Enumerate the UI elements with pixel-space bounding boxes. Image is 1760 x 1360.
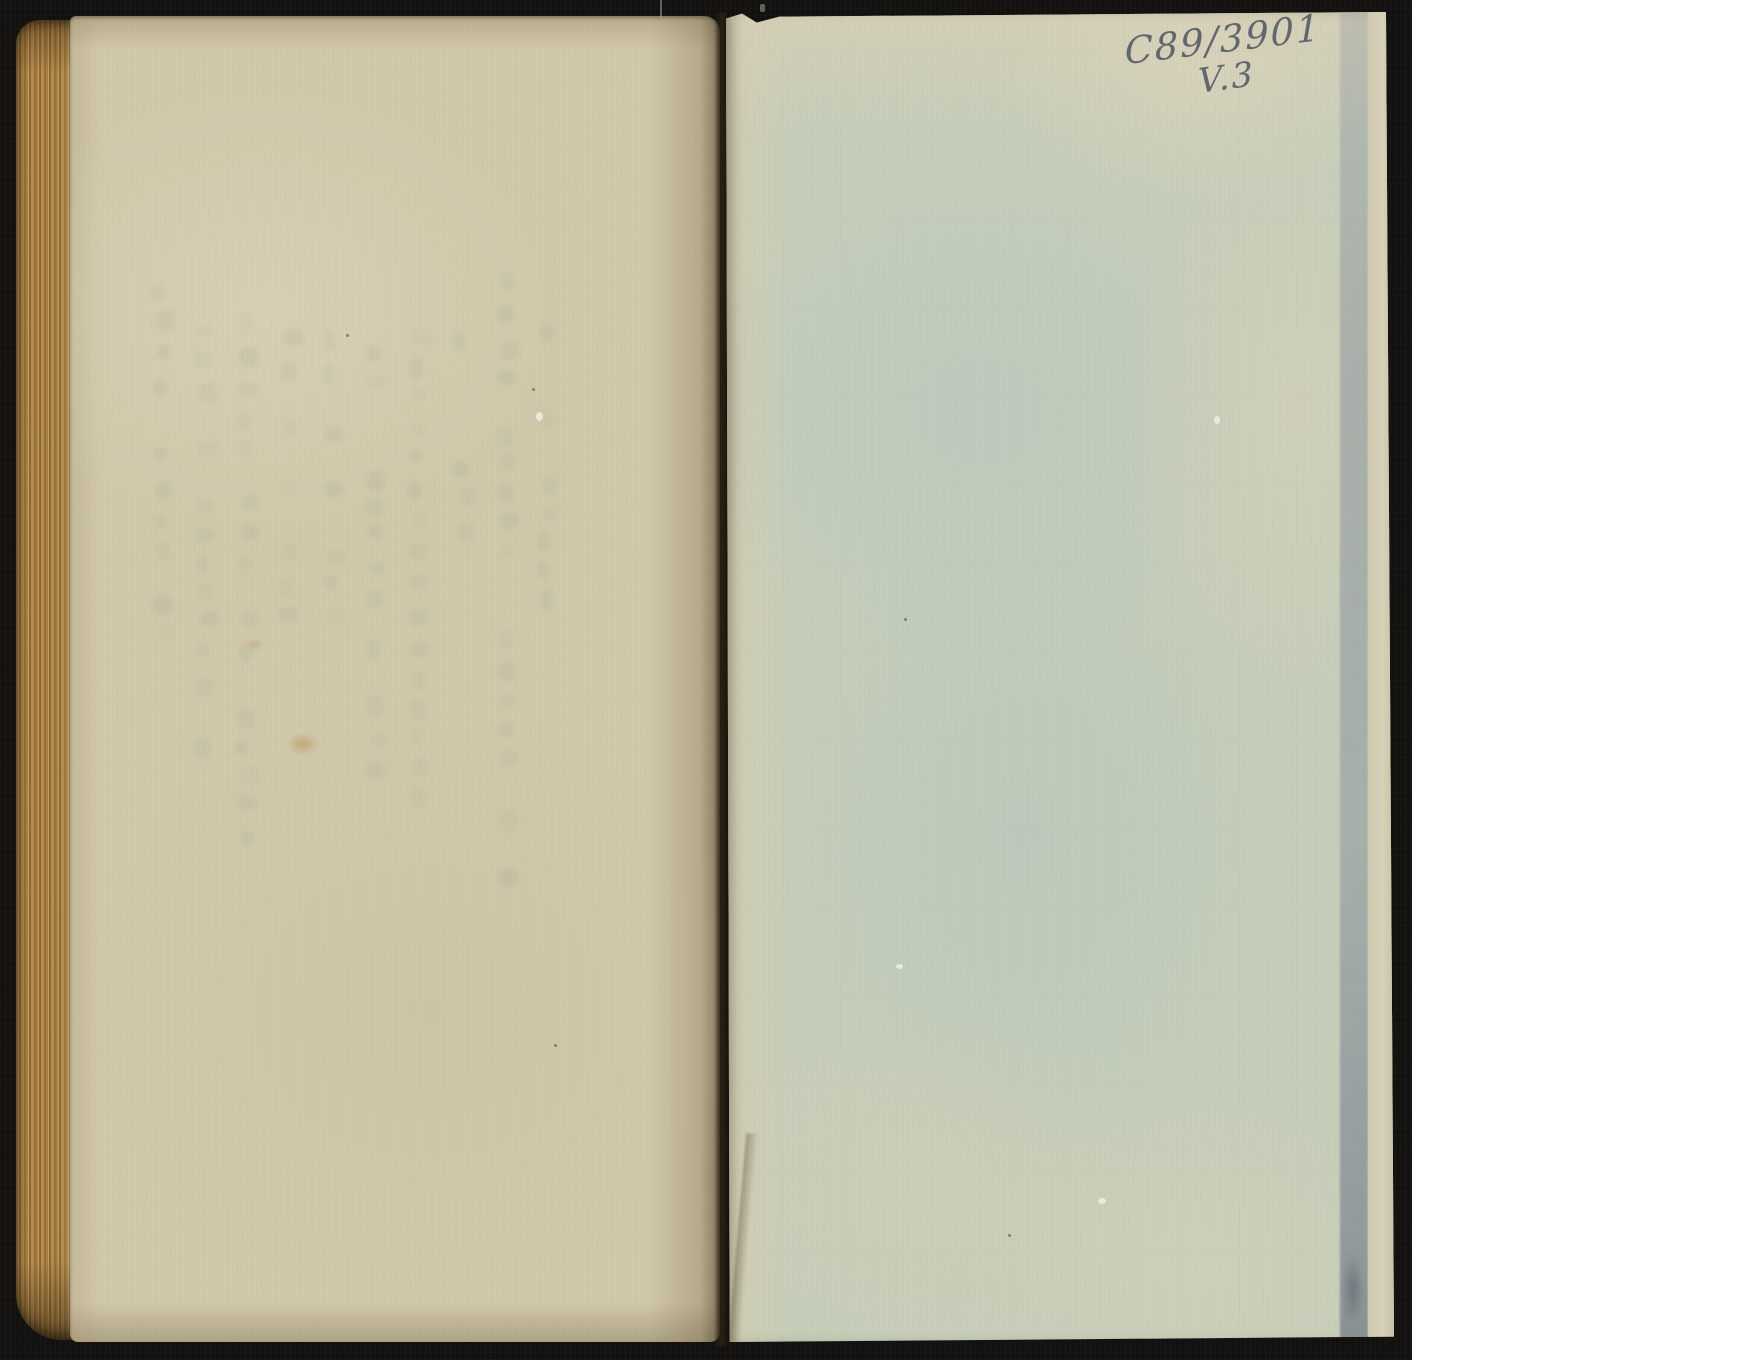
page-stain xyxy=(286,732,320,756)
paper-fleck xyxy=(1098,1198,1106,1204)
paper-fleck xyxy=(896,964,903,969)
paper-fleck xyxy=(536,412,543,421)
left-page xyxy=(70,16,720,1342)
binding-thread-mark xyxy=(660,0,662,18)
book-fore-edge xyxy=(16,20,74,1340)
paper-speck xyxy=(904,618,907,621)
right-page xyxy=(726,12,1394,1342)
edge-shadow-band xyxy=(1340,12,1368,1342)
paper-fiber-texture xyxy=(726,12,1394,1342)
paper-fiber-texture xyxy=(70,16,720,1342)
page-stain xyxy=(246,638,264,651)
scan-white-margin xyxy=(1412,0,1760,1360)
paper-fleck xyxy=(1214,416,1220,424)
paper-speck xyxy=(554,1044,557,1047)
gutter-shadow xyxy=(714,12,728,1346)
binding-thread-mark xyxy=(760,4,765,12)
paper-speck xyxy=(346,334,349,337)
paper-speck xyxy=(1008,1234,1011,1237)
scanned-book-image: C89/3901 V.3 xyxy=(0,0,1760,1360)
photo-backdrop: C89/3901 V.3 xyxy=(0,0,1412,1360)
paper-speck xyxy=(532,388,535,391)
edge-shadow-smudge xyxy=(1342,1254,1364,1324)
volume-annotation: V.3 xyxy=(1197,54,1256,102)
